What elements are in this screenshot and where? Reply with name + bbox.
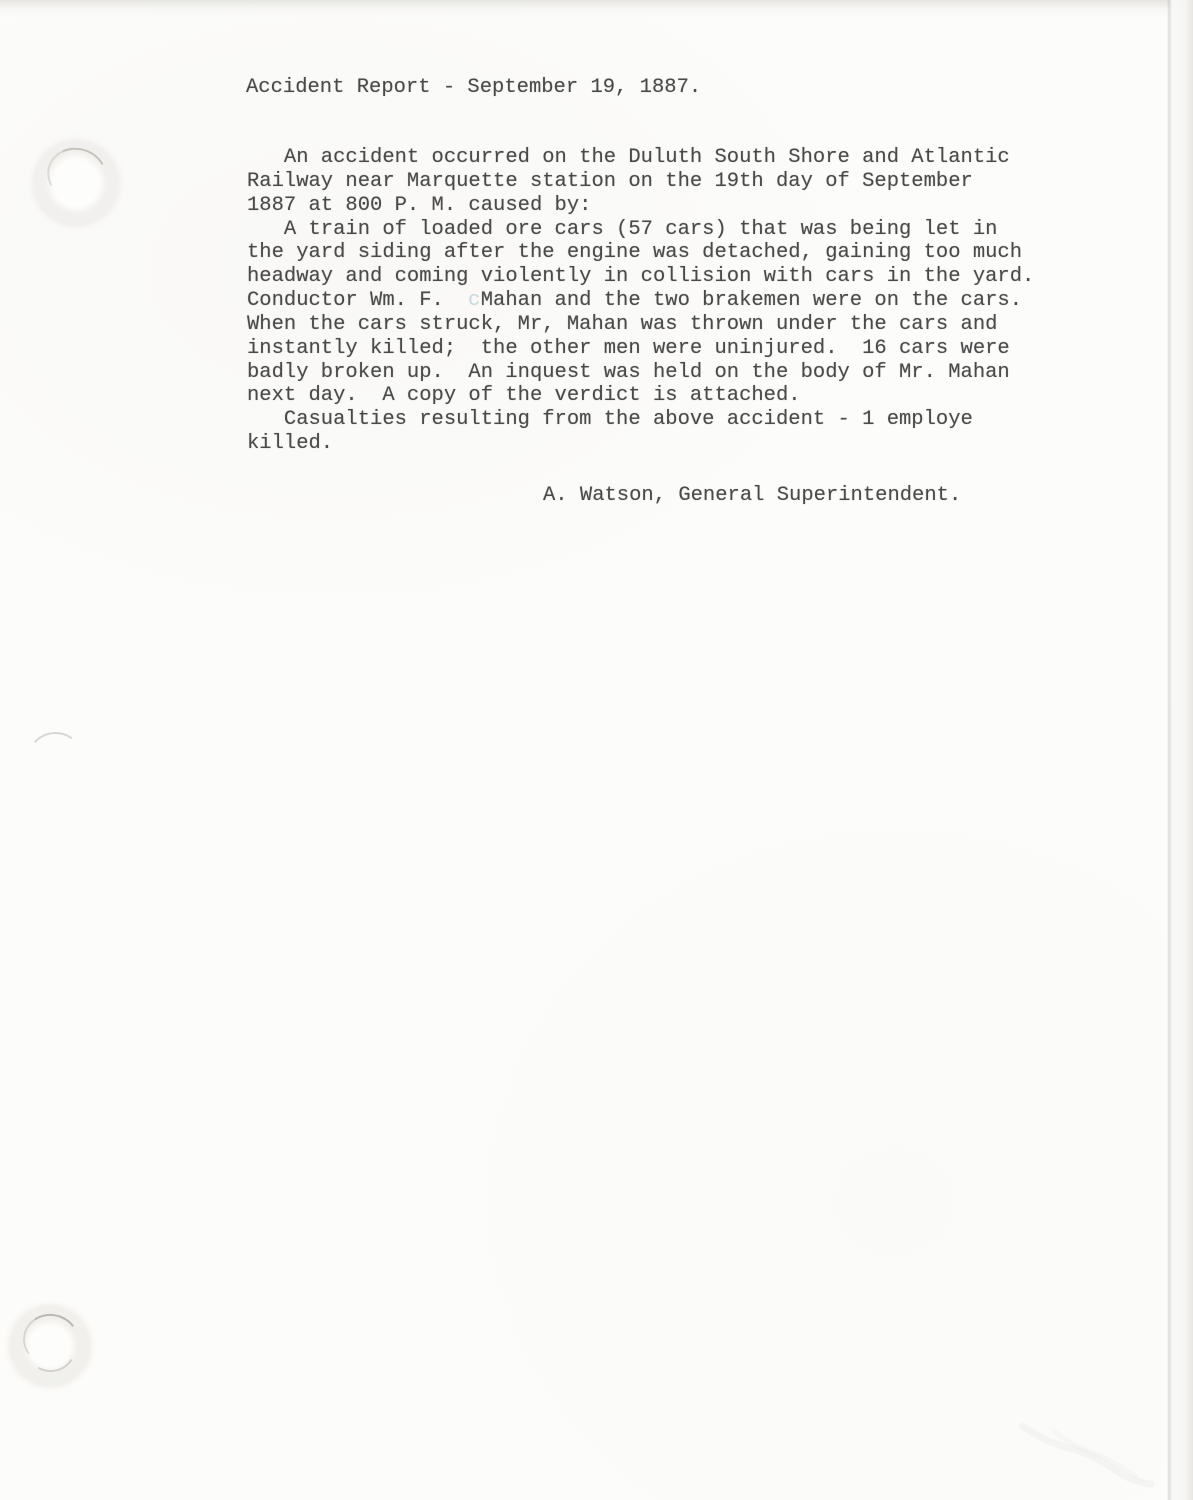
punch-hole-bottom	[4, 1300, 96, 1392]
body-line: instantly killed; the other men were uni…	[247, 337, 1034, 361]
body-line: When the cars struck, Mr, Mahan was thro…	[247, 313, 1034, 337]
body-line: the yard siding after the engine was det…	[247, 241, 1034, 265]
body-line: badly broken up. An inquest was held on …	[247, 361, 1034, 385]
scan-edge-top	[0, 0, 1193, 16]
document-body: An accident occurred on the Duluth South…	[247, 146, 1034, 456]
body-line: Conductor Wm. F. Mahan and the two brake…	[247, 289, 1034, 313]
stray-mark	[1015, 1412, 1165, 1497]
ghost-erased-character: c	[468, 289, 480, 313]
body-line: Casualties resulting from the above acci…	[247, 408, 1034, 432]
body-line: headway and coming violently in collisio…	[247, 265, 1034, 289]
body-line: A train of loaded ore cars (57 cars) tha…	[247, 218, 1034, 242]
punch-hole-top	[26, 133, 126, 233]
scanned-page: Accident Report - September 19, 1887. An…	[0, 0, 1193, 1500]
document-title: Accident Report - September 19, 1887.	[246, 76, 701, 100]
signature-line: A. Watson, General Superintendent.	[543, 484, 961, 508]
body-line: Railway near Marquette station on the 19…	[247, 170, 1034, 194]
body-line: next day. A copy of the verdict is attac…	[247, 384, 1034, 408]
body-line: An accident occurred on the Duluth South…	[247, 146, 1034, 170]
body-line: 1887 at 800 P. M. caused by:	[247, 194, 1034, 218]
punch-hole-middle	[26, 729, 85, 784]
page-edge-right	[1167, 0, 1193, 1500]
punch-hole-top-arc	[40, 140, 114, 210]
body-line: killed.	[247, 432, 1034, 456]
